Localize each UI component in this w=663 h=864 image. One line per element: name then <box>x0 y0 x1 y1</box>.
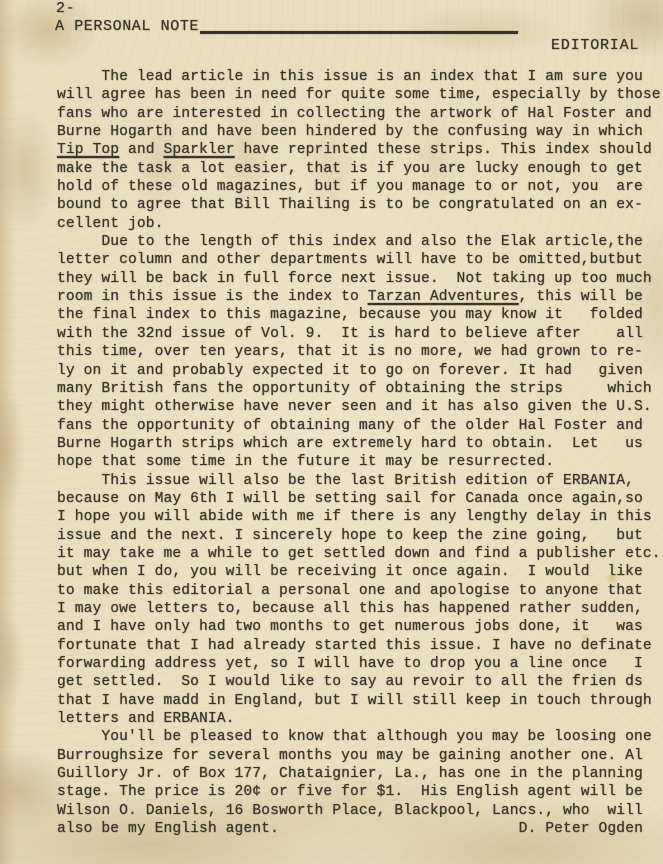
paragraph: Due to the length of this index and also… <box>57 233 661 471</box>
text-line: Burne Hogarth and have been hindered by … <box>57 123 661 141</box>
text-line: You'll be pleased to know that although … <box>57 728 661 746</box>
text-segment: This issue will also be the last British… <box>57 473 634 489</box>
text-segment: letter column and other departments will… <box>57 252 643 268</box>
text-segment: bound to agree that Bill Thailing is to … <box>57 197 643 213</box>
text-segment: also be my English agent. <box>57 821 279 837</box>
text-segment: and I have only had two months to get nu… <box>57 619 643 635</box>
text-segment: this time, over ten years, that it is no… <box>57 344 643 360</box>
text-line: letters and ERBANIA. <box>57 710 661 728</box>
header-editorial: EDITORIAL <box>551 37 639 54</box>
text-line: hold of these old magazines, but if you … <box>57 178 661 196</box>
editorial-body: The lead article in this issue is an ind… <box>57 68 661 838</box>
text-line: get settled. So I would like to say au r… <box>57 673 661 691</box>
text-line: this time, over ten years, that it is no… <box>57 343 661 361</box>
text-line: ly on it and probably expected it to go … <box>57 362 661 380</box>
text-segment: they will be back in full force next iss… <box>57 271 652 287</box>
text-line: Burne Hogarth strips which are extremely… <box>57 435 661 453</box>
text-segment: make the task a lot easier, that is if y… <box>57 161 643 177</box>
heading-rule <box>200 31 518 34</box>
text-line: I may owe letters to, because all this h… <box>57 600 661 618</box>
text-line: Burroughsize for several months you may … <box>57 747 661 765</box>
text-segment: hold of these old magazines, but if you … <box>57 179 643 195</box>
magazine-title-tip-top: Tip Top <box>57 142 119 158</box>
text-segment: fans who are interested in collecting th… <box>57 106 652 122</box>
section-title: A PERSONAL NOTE <box>55 18 199 35</box>
text-segment: will agree has been in need for quite so… <box>57 87 661 103</box>
text-line: This issue will also be the last British… <box>57 472 661 490</box>
text-segment: Guillory Jr. of Box 177, Chataignier, La… <box>57 766 643 782</box>
text-segment: Due to the length of this index and also… <box>57 234 643 250</box>
text-segment: with the 32nd issue of Vol. 9. It is har… <box>57 326 643 342</box>
text-segment <box>279 821 519 837</box>
text-segment: Burroughsize for several months you may … <box>57 748 643 764</box>
text-segment: I may owe letters to, because all this h… <box>57 601 643 617</box>
text-line: many British fans the opportunity of obt… <box>57 380 661 398</box>
text-line: and I have only had two months to get nu… <box>57 618 661 636</box>
text-segment: letters and ERBANIA. <box>57 711 235 727</box>
text-segment: The lead article in this issue is an ind… <box>57 69 643 85</box>
text-segment: that I have madd in England, but I will … <box>57 693 652 709</box>
text-segment: because on May 6th I will be setting sai… <box>57 491 643 507</box>
document-page: 2- A PERSONAL NOTE EDITORIAL The lead ar… <box>0 0 663 864</box>
text-line: fans who are interested in collecting th… <box>57 105 661 123</box>
text-line: the final index to this magazine, becaus… <box>57 306 661 324</box>
text-segment: fortunate that I had already started thi… <box>57 638 652 654</box>
text-line: hope that some time in the future it may… <box>57 453 661 471</box>
text-line: room in this issue is the index to Tarza… <box>57 288 661 306</box>
text-line: that I have madd in England, but I will … <box>57 692 661 710</box>
text-line: forwarding address yet, so I will have t… <box>57 655 661 673</box>
text-line: it may take me a while to get settled do… <box>57 545 661 563</box>
text-segment: stage. The price is 20¢ or five for $1. … <box>57 784 643 800</box>
text-segment: get settled. So I would like to say au r… <box>57 674 643 690</box>
text-line: they will be back in full force next iss… <box>57 270 661 288</box>
text-segment: Wilson O. Daniels, 16 Bosworth Place, Bl… <box>57 803 643 819</box>
page-number: 2- <box>56 0 75 17</box>
text-segment: Burne Hogarth and have been hindered by … <box>57 124 643 140</box>
text-segment: ly on it and probably expected it to go … <box>57 363 643 379</box>
text-segment: I hope you will abide with me if there i… <box>57 509 652 525</box>
text-segment: to make this editorial a personal one an… <box>57 583 643 599</box>
signature: D. Peter Ogden <box>519 821 643 837</box>
text-line: Wilson O. Daniels, 16 Bosworth Place, Bl… <box>57 802 661 820</box>
text-segment: hope that some time in the future it may… <box>57 454 554 470</box>
text-line: Guillory Jr. of Box 177, Chataignier, La… <box>57 765 661 783</box>
text-segment: You'll be pleased to know that although … <box>57 729 652 745</box>
text-segment: but when I do, you will be receiving it … <box>57 564 643 580</box>
text-segment: issue and the next. I sincerely hope to … <box>57 528 643 544</box>
text-line: issue and the next. I sincerely hope to … <box>57 527 661 545</box>
text-line: letter column and other departments will… <box>57 251 661 269</box>
text-line: with the 32nd issue of Vol. 9. It is har… <box>57 325 661 343</box>
text-line: fans the opportunity of obtaining many o… <box>57 417 661 435</box>
text-segment: have reprinted these strips. This index … <box>235 142 652 158</box>
paragraph: This issue will also be the last British… <box>57 472 661 729</box>
paragraph: You'll be pleased to know that although … <box>57 728 661 838</box>
text-line: cellent job. <box>57 215 661 233</box>
paragraph: The lead article in this issue is an ind… <box>57 68 661 233</box>
text-line: bound to agree that Bill Thailing is to … <box>57 196 661 214</box>
text-segment: cellent job. <box>57 216 164 232</box>
text-line: they might otherwise have never seen and… <box>57 398 661 416</box>
text-segment: many British fans the opportunity of obt… <box>57 381 652 397</box>
text-segment: and <box>119 142 163 158</box>
magazine-title-tarzan-adventures: Tarzan Adventures <box>368 289 519 305</box>
text-segment: the final index to this magazine, becaus… <box>57 307 643 323</box>
text-line: will agree has been in need for quite so… <box>57 86 661 104</box>
text-segment: room in this issue is the index to <box>57 289 368 305</box>
text-line: stage. The price is 20¢ or five for $1. … <box>57 783 661 801</box>
text-line: make the task a lot easier, that is if y… <box>57 160 661 178</box>
text-segment: fans the opportunity of obtaining many o… <box>57 418 643 434</box>
text-line: fortunate that I had already started thi… <box>57 637 661 655</box>
text-line: Due to the length of this index and also… <box>57 233 661 251</box>
text-line: to make this editorial a personal one an… <box>57 582 661 600</box>
text-segment: Burne Hogarth strips which are extremely… <box>57 436 643 452</box>
text-segment: they might otherwise have never seen and… <box>57 399 652 415</box>
text-segment: , this will be <box>519 289 643 305</box>
text-line: I hope you will abide with me if there i… <box>57 508 661 526</box>
text-line: because on May 6th I will be setting sai… <box>57 490 661 508</box>
magazine-title-sparkler: Sparkler <box>164 142 235 158</box>
text-line: but when I do, you will be receiving it … <box>57 563 661 581</box>
text-line: also be my English agent. D. Peter Ogden <box>57 820 661 838</box>
text-line: The lead article in this issue is an ind… <box>57 68 661 86</box>
text-segment: forwarding address yet, so I will have t… <box>57 656 643 672</box>
text-segment: it may take me a while to get settled do… <box>57 546 661 562</box>
text-line: Tip Top and Sparkler have reprinted thes… <box>57 141 661 159</box>
